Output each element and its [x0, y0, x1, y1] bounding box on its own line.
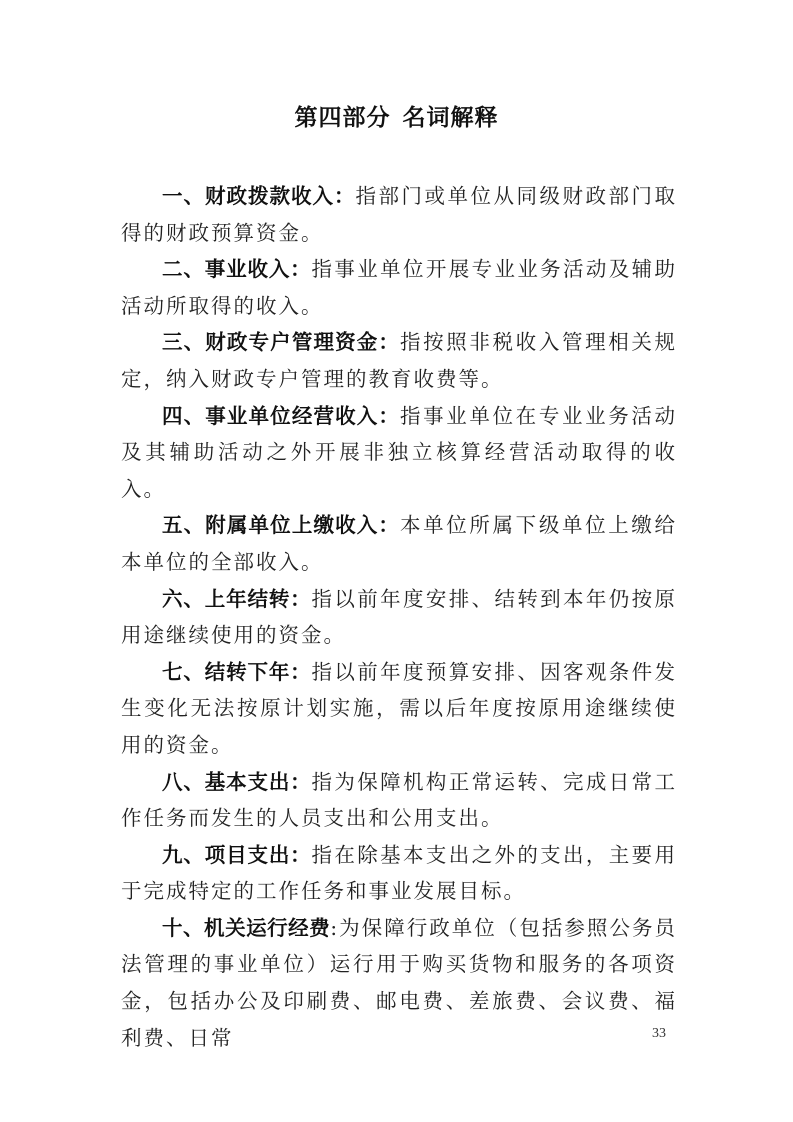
glossary-entry: 五、附属单位上缴收入：本单位所属下级单位上缴给本单位的全部收入。	[121, 507, 677, 580]
entry-term: 四、事业单位经营收入：	[162, 404, 400, 428]
glossary-entry: 七、结转下年：指以前年度预算安排、因客观条件发生变化无法按原计划实施，需以后年度…	[121, 654, 677, 764]
title-part: 第四部分	[295, 105, 391, 131]
glossary-entry: 十、机关运行经费:为保障行政单位（包括参照公务员法管理的事业单位）运行用于购买货…	[121, 910, 677, 1056]
page-title: 第四部分名词解释	[0, 101, 793, 135]
document-page: 第四部分名词解释 一、财政拨款收入：指部门或单位从同级财政部门取得的财政预算资金…	[0, 0, 793, 1122]
glossary-entry: 三、财政专户管理资金：指按照非税收入管理相关规定，纳入财政专户管理的教育收费等。	[121, 324, 677, 397]
glossary-entry: 二、事业收入：指事业单位开展专业业务活动及辅助活动所取得的收入。	[121, 251, 677, 324]
glossary-entry: 九、项目支出：指在除基本支出之外的支出，主要用于完成特定的工作任务和事业发展目标…	[121, 837, 677, 910]
page-number: 33	[652, 1026, 666, 1042]
glossary-entry: 六、上年结转：指以前年度安排、结转到本年仍按原用途继续使用的资金。	[121, 581, 677, 654]
entry-term: 三、财政专户管理资金：	[162, 330, 400, 354]
glossary-entry: 八、基本支出：指为保障机构正常运转、完成日常工作任务而发生的人员支出和公用支出。	[121, 764, 677, 837]
title-name: 名词解释	[403, 105, 499, 131]
entry-term: 七、结转下年：	[162, 660, 312, 684]
glossary-body: 一、财政拨款收入：指部门或单位从同级财政部门取得的财政预算资金。 二、事业收入：…	[121, 178, 677, 1056]
entry-term: 一、财政拨款收入：	[162, 184, 356, 208]
entry-term: 八、基本支出：	[162, 770, 312, 794]
glossary-entry: 一、财政拨款收入：指部门或单位从同级财政部门取得的财政预算资金。	[121, 178, 677, 251]
entry-term: 二、事业收入：	[162, 257, 312, 281]
entry-term: 六、上年结转：	[162, 587, 312, 611]
entry-term: 九、项目支出：	[162, 843, 312, 867]
entry-term: 五、附属单位上缴收入：	[162, 513, 400, 537]
glossary-entry: 四、事业单位经营收入：指事业单位在专业业务活动及其辅助活动之外开展非独立核算经营…	[121, 398, 677, 508]
entry-term: 十、机关运行经费	[162, 916, 330, 940]
